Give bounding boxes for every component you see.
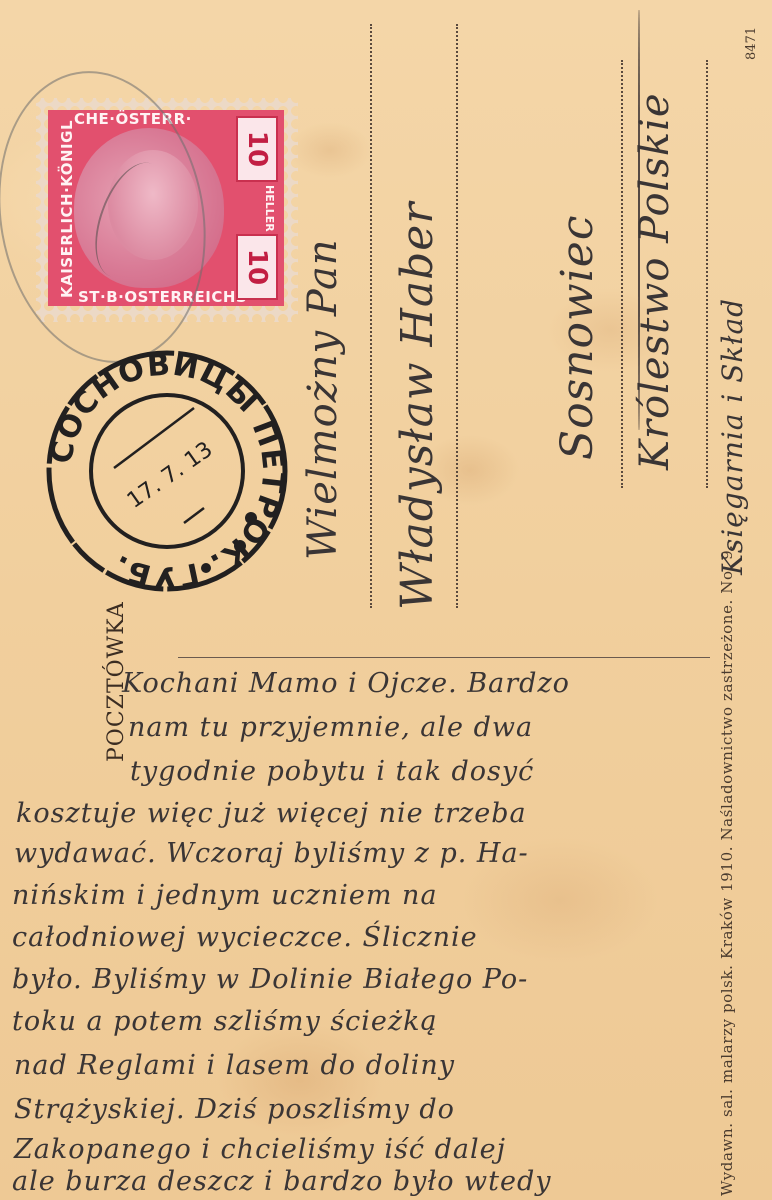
address-region: Królestwo Polskie	[632, 92, 678, 470]
address-line-2	[456, 24, 458, 608]
address-extra: Księgarnia i Skład	[716, 298, 749, 575]
message-line: wydawać. Wczoraj byliśmy z p. Ha-	[14, 838, 529, 869]
message-line: tygodnie pobytu i tak dosyć	[130, 756, 534, 787]
stamp-value-bottom: 10	[236, 234, 278, 300]
catalog-number: 8471	[744, 27, 759, 60]
stamp-denomination: HELLER	[242, 184, 276, 232]
publisher-imprint: Wydawn. sal. malarzy polsk. Kraków 1910.…	[718, 544, 736, 1196]
message-line: kosztuje więc już więcej nie trzeba	[16, 798, 527, 829]
message-line: nad Reglami i lasem do doliny	[14, 1050, 455, 1081]
message-line: nam tu przyjemnie, ale dwa	[128, 712, 533, 743]
address-city: Sosnowiec	[552, 215, 603, 460]
message-line: Strążyskiej. Dziś poszliśmy do	[14, 1094, 455, 1125]
postmark-circle-icon: СОСНОВИЦЫ ПЕТРОК. ГУБ. 17. 7. 13	[44, 348, 290, 594]
message-line: było. Byliśmy w Dolinie Białego Po-	[12, 964, 528, 995]
postcard: CHE·ÖSTERR· ST·B·OSTERREICHS KAISERLICH·…	[0, 0, 772, 1200]
message-line: ale burza deszcz i bardzo było wtedy	[12, 1166, 552, 1197]
svg-text:17. 7. 13: 17. 7. 13	[123, 437, 218, 514]
message-line: całodniowej wycieczce. Ślicznie	[12, 922, 478, 953]
message-divider	[178, 657, 710, 658]
address-line-3	[621, 60, 623, 488]
message-line: toku a potem szliśmy ścieżką	[12, 1006, 438, 1037]
stamp-value-top: 10	[236, 116, 278, 182]
message-line: nińskim i jednym uczniem na	[12, 880, 438, 911]
message-line: Zakopanego i chcieliśmy iść dalej	[14, 1134, 506, 1165]
address-line-1	[370, 24, 372, 608]
postmark: СОСНОВИЦЫ ПЕТРОК. ГУБ. 17. 7. 13	[44, 348, 290, 594]
address-recipient-title: Wielmożny Pan	[300, 238, 346, 560]
message-line: Kochani Mamo i Ojcze. Bardzo	[122, 668, 570, 699]
address-recipient-name: Władysław Haber	[392, 202, 443, 610]
address-line-4	[706, 60, 708, 488]
